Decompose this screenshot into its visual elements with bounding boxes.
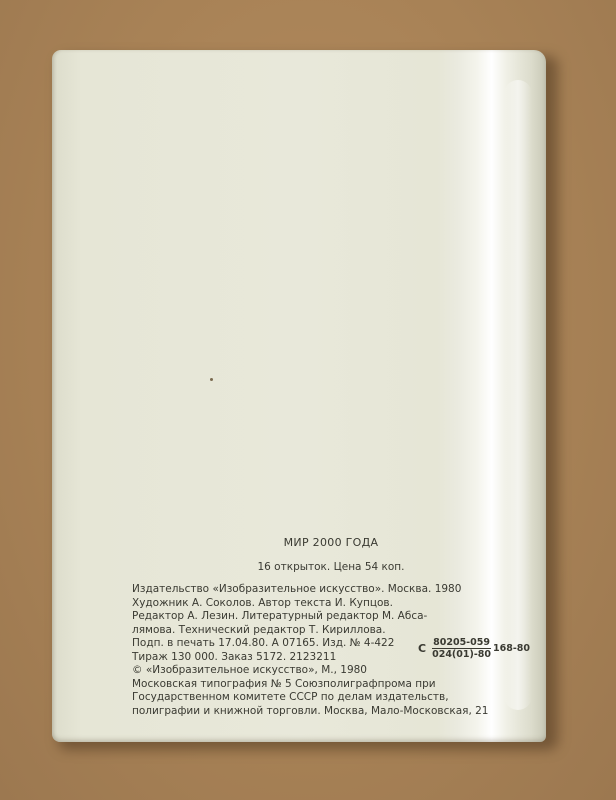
set-info: 16 открыток. Цена 54 коп. <box>132 561 530 573</box>
catalog-suffix: 168-80 <box>493 643 530 654</box>
imprint-line-committee: Государственном комитете СССР по делам и… <box>132 691 530 705</box>
imprint-line-publisher: Издательство «Изобразительное искусство»… <box>132 583 530 597</box>
circulation-row: Тираж 130 000. Заказ 5172. 2123211 © «Из… <box>132 651 530 678</box>
catalog-numerator: 80205-059 <box>432 637 491 649</box>
postcard-set-back-cover: МИР 2000 ГОДА 16 открыток. Цена 54 коп. … <box>52 50 546 742</box>
surface-speck <box>210 378 213 381</box>
catalog-denominator: 024(01)-80 <box>432 649 491 660</box>
book-title: МИР 2000 ГОДА <box>132 536 530 549</box>
catalog-prefix: С <box>418 642 426 655</box>
imprint-line-artist: Художник А. Соколов. Автор текста И. Куп… <box>132 597 530 611</box>
catalog-code: С 80205-059 024(01)-80 168-80 <box>418 637 530 660</box>
catalog-fraction: 80205-059 024(01)-80 <box>432 637 491 660</box>
imprint-line-circulation: Тираж 130 000. Заказ 5172. 2123211 <box>132 651 418 665</box>
imprint-line-editor: Редактор А. Лезин. Литературный редактор… <box>132 610 530 624</box>
imprint-block: МИР 2000 ГОДА 16 открыток. Цена 54 коп. … <box>132 536 530 718</box>
imprint-line-address: полиграфии и книжной торговли. Москва, М… <box>132 705 530 719</box>
imprint-line-copyright: © «Изобразительное искусство», М., 1980 <box>132 664 418 678</box>
imprint-line-tech-editor: лямова. Технический редактор Т. Кириллов… <box>132 624 530 638</box>
imprint-line-printer: Московская типография № 5 Союзполиграфпр… <box>132 678 530 692</box>
